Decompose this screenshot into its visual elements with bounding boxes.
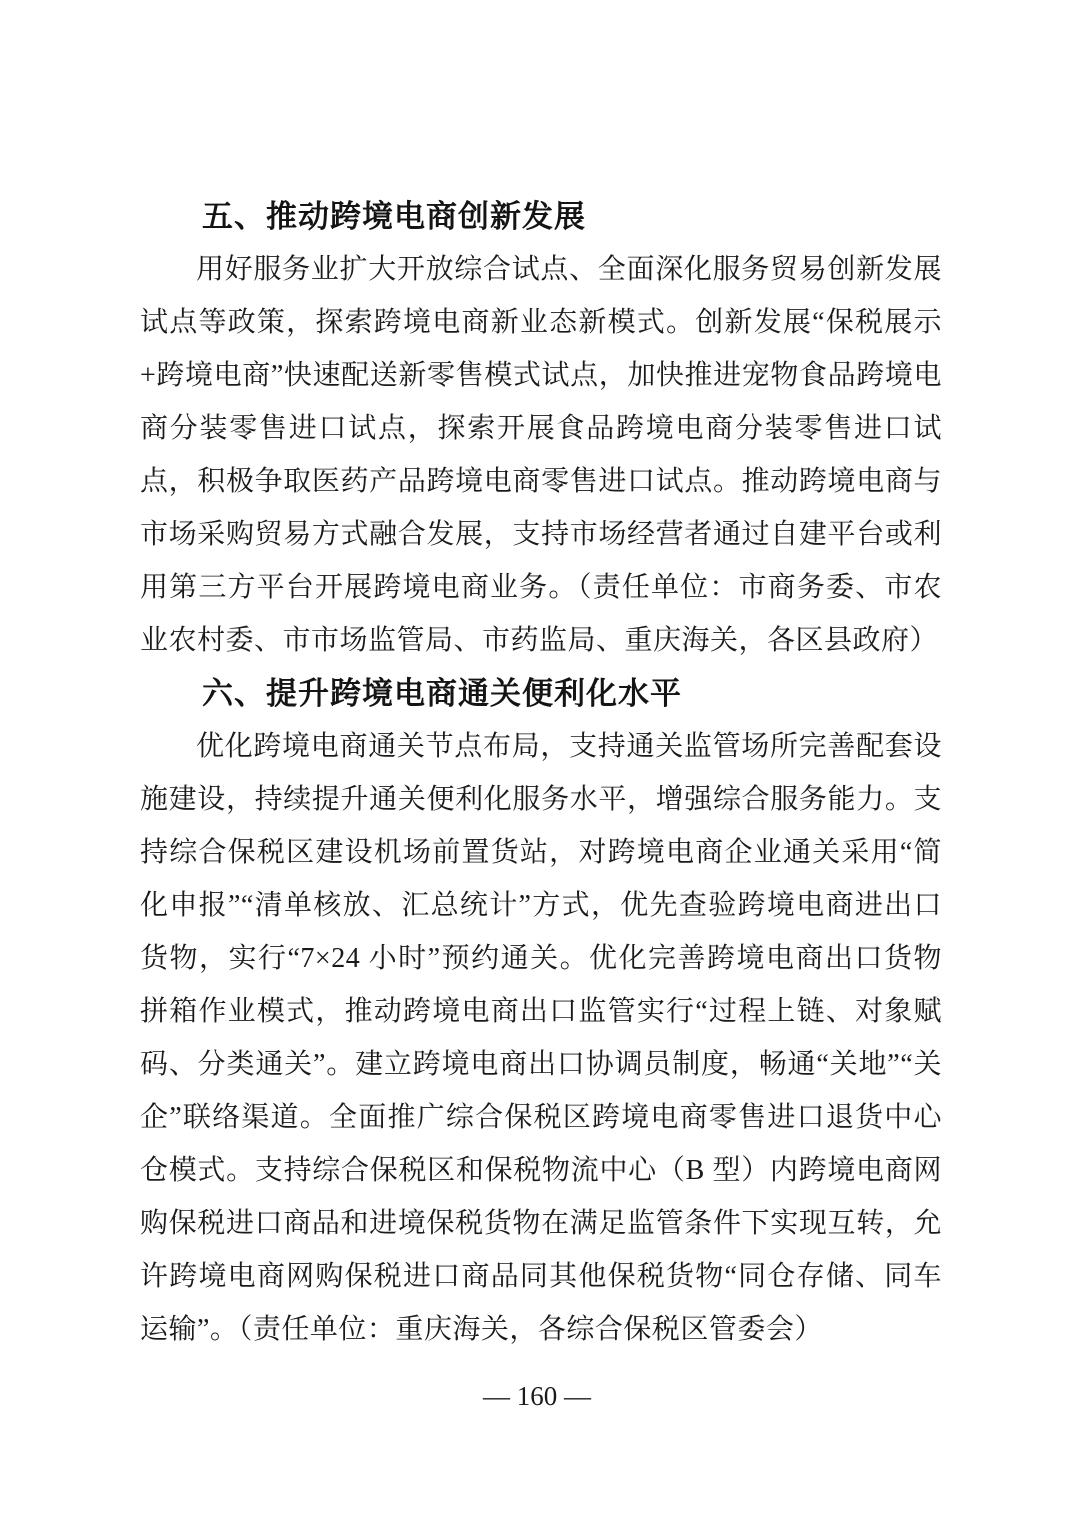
section-6-heading: 六、提升跨境电商通关便利化水平 [140, 667, 942, 720]
document-content: 五、推动跨境电商创新发展 用好服务业扩大开放综合试点、全面深化服务贸易创新发展试… [140, 190, 942, 1356]
page-number: — 160 — [0, 1376, 1074, 1416]
section-5-heading: 五、推动跨境电商创新发展 [140, 190, 942, 243]
section-6-body: 优化跨境电商通关节点布局，支持通关监管场所完善配套设施建设，持续提升通关便利化服… [140, 720, 942, 1356]
section-5-body: 用好服务业扩大开放综合试点、全面深化服务贸易创新发展试点等政策，探索跨境电商新业… [140, 243, 942, 667]
document-page: 五、推动跨境电商创新发展 用好服务业扩大开放综合试点、全面深化服务贸易创新发展试… [0, 0, 1074, 1520]
